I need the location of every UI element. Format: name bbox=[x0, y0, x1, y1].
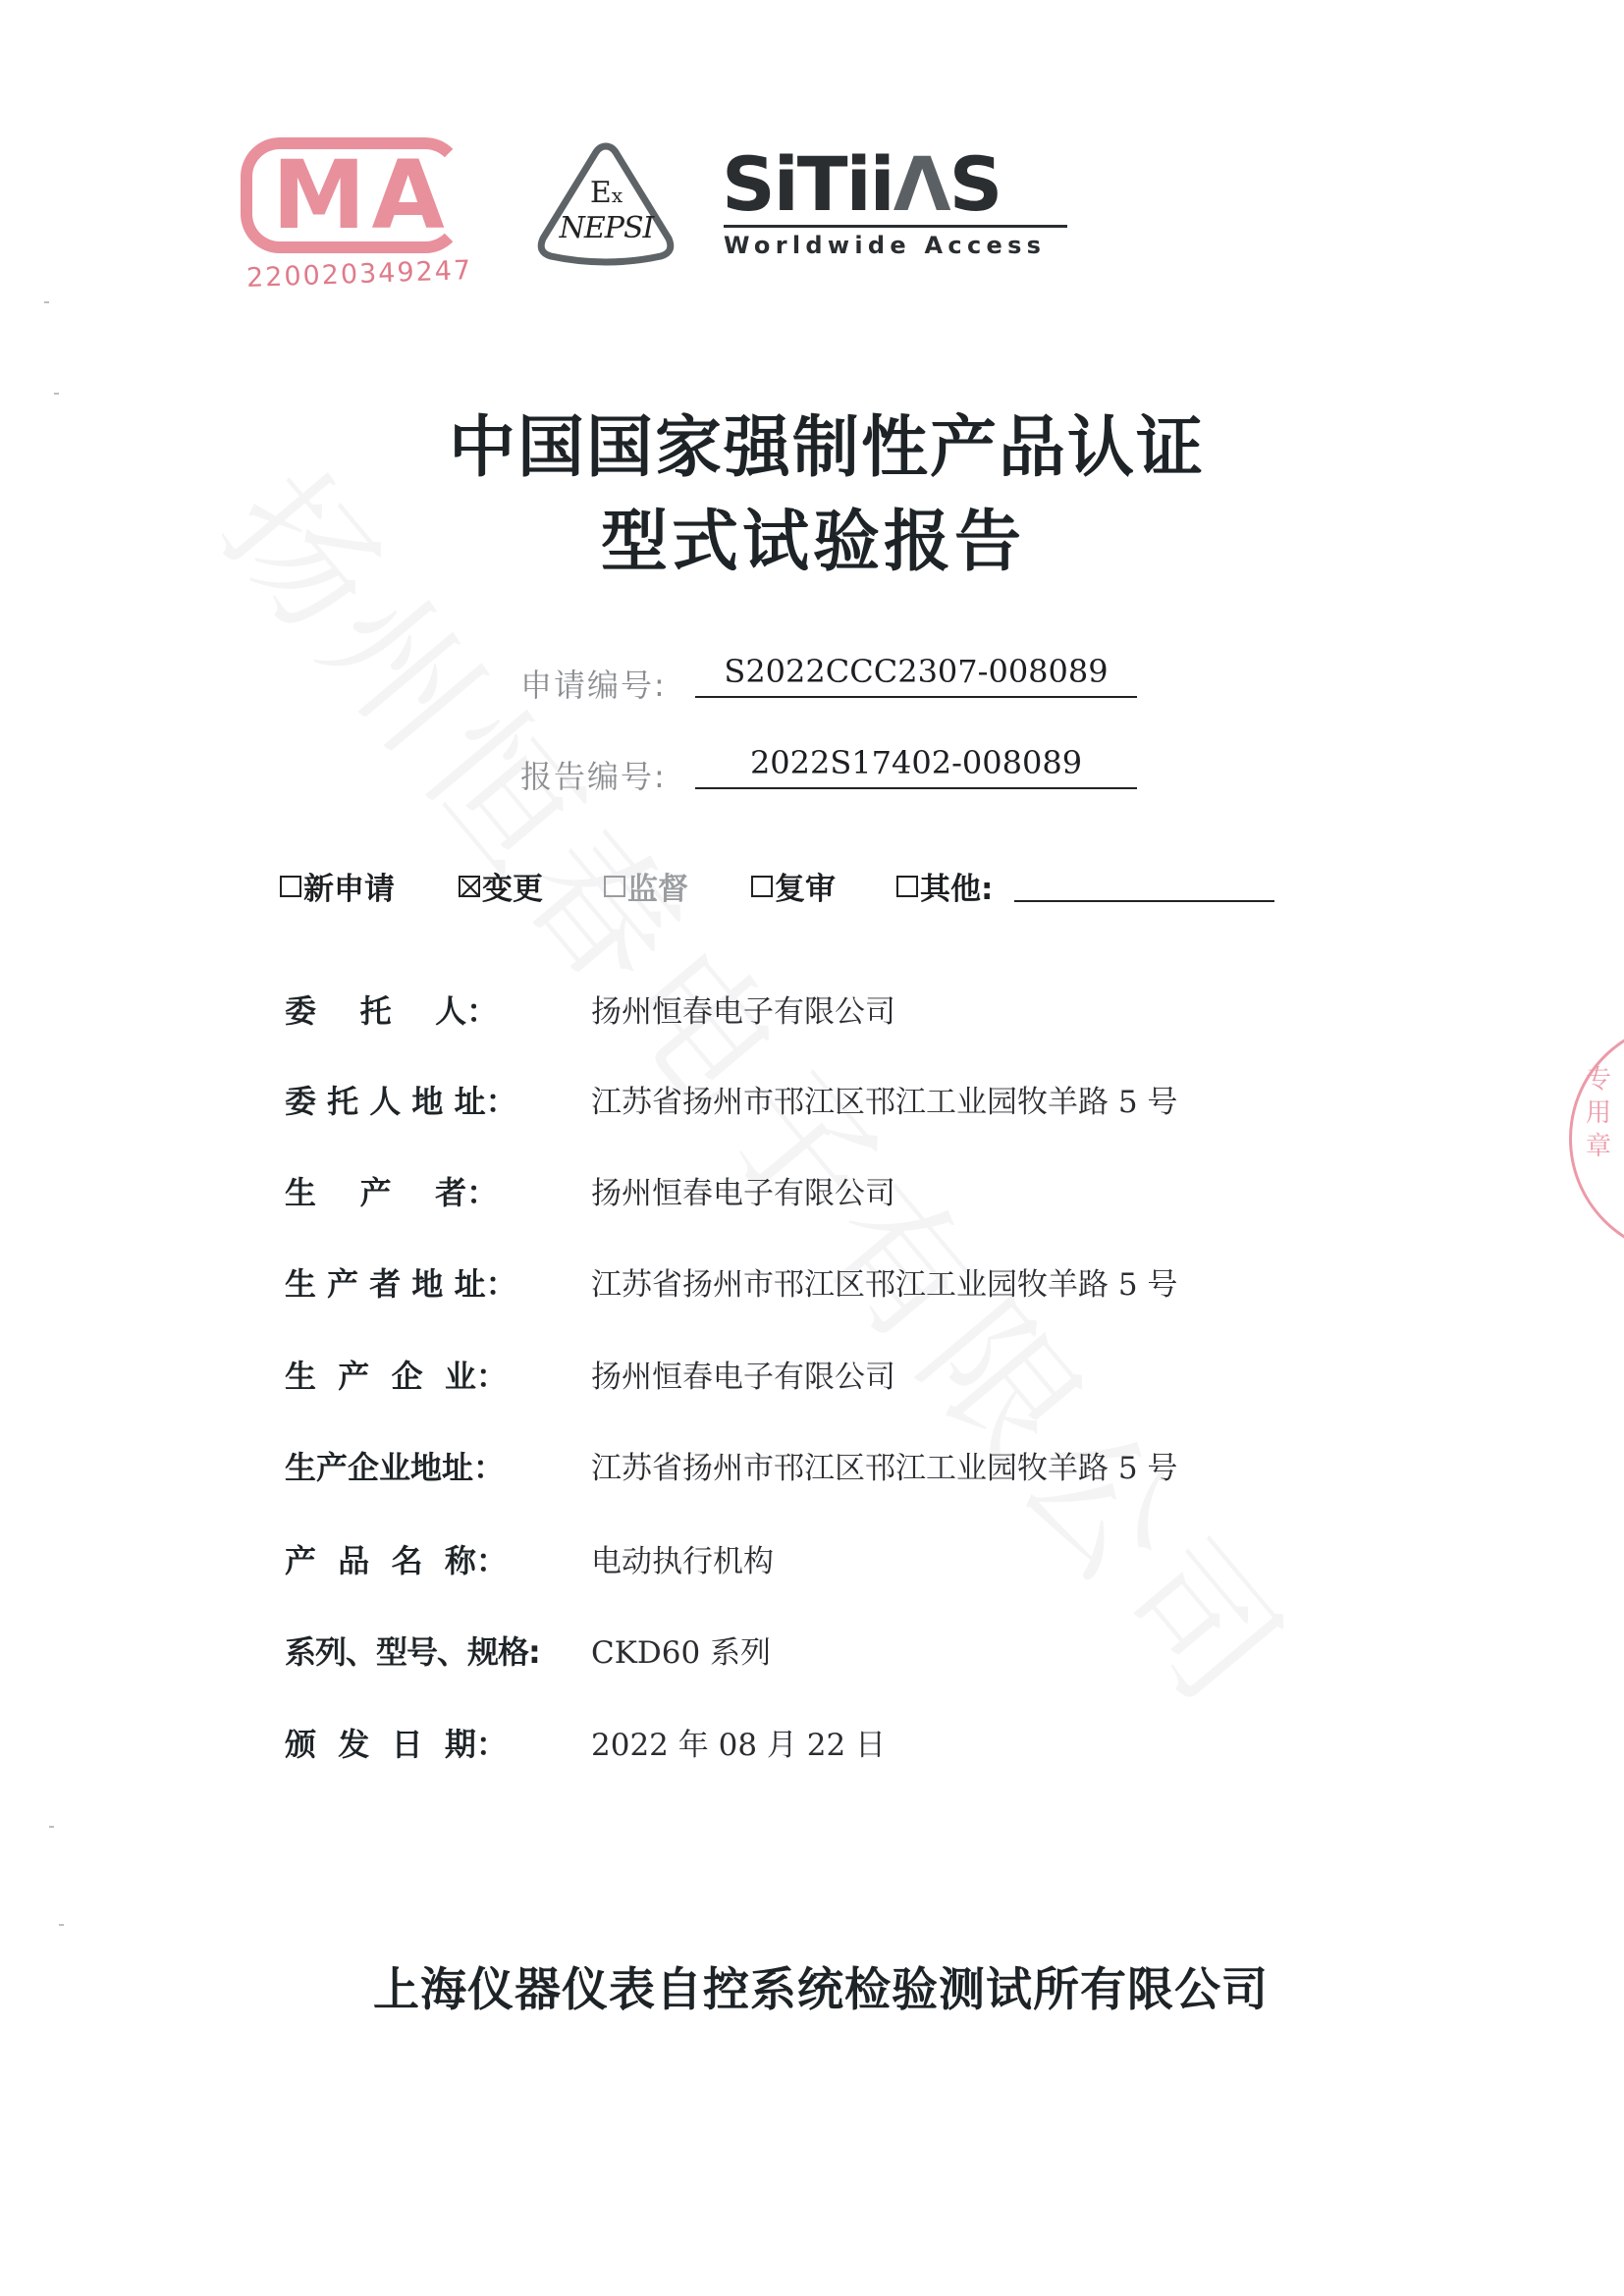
checkbox-supervision[interactable]: 监督 bbox=[604, 864, 688, 908]
checkbox-change[interactable]: 变更 bbox=[459, 864, 543, 908]
field-value: 扬州恒春电子有限公司 bbox=[591, 987, 895, 1031]
nepsi-ex-mark: Ex bbox=[535, 176, 677, 210]
scan-speck bbox=[59, 1924, 64, 1926]
checkbox-label: 新申请 bbox=[303, 864, 395, 908]
scan-speck bbox=[44, 301, 49, 303]
cma-stamp: MA 220020349247 bbox=[241, 137, 471, 294]
checkbox-unchecked-icon[interactable] bbox=[751, 876, 773, 897]
company-seal-stamp: 专用章 bbox=[1569, 1021, 1624, 1256]
checkbox-label: 其他: bbox=[920, 864, 993, 908]
field-product-name: 产 品 名 称： 电动执行机构 bbox=[285, 1536, 1365, 1585]
field-value: 扬州恒春电子有限公司 bbox=[591, 1168, 895, 1212]
field-value: 2022 年 08 月 22 日 bbox=[591, 1720, 886, 1764]
report-number-underline bbox=[695, 787, 1137, 789]
field-label: 委 托 人： bbox=[285, 987, 565, 1032]
field-value: 电动执行机构 bbox=[591, 1536, 774, 1580]
checkbox-other[interactable]: 其他: bbox=[896, 864, 1274, 908]
field-label: 生产企业地址： bbox=[285, 1443, 565, 1488]
field-label: 颁 发 日 期： bbox=[285, 1720, 565, 1765]
sitiias-tagline: Worldwide Access bbox=[724, 232, 1046, 259]
checkbox-checked-icon[interactable] bbox=[459, 876, 480, 897]
cma-stamp-number: 220020349247 bbox=[246, 255, 473, 294]
field-series-model-spec: 系列、型号、规格: CKD60 系列 bbox=[285, 1628, 1365, 1677]
sitiias-wordmark: SiTiiΛS bbox=[722, 145, 1001, 224]
checkbox-unchecked-icon[interactable] bbox=[280, 876, 301, 897]
checkbox-review[interactable]: 复审 bbox=[751, 864, 836, 908]
other-fill-line bbox=[1014, 900, 1274, 902]
field-factory-address: 生产企业地址： 江苏省扬州市邗江区邗江工业园牧羊路 5 号 bbox=[285, 1443, 1365, 1492]
field-value: 扬州恒春电子有限公司 bbox=[591, 1352, 895, 1396]
field-manufacturer-address: 生 产 者 地 址： 江苏省扬州市邗江区邗江工业园牧羊路 5 号 bbox=[285, 1259, 1365, 1308]
field-value: CKD60 系列 bbox=[591, 1628, 771, 1672]
field-label: 生 产 企 业： bbox=[285, 1352, 565, 1397]
issuing-organization: 上海仪器仪表自控系统检验测试所有限公司 bbox=[0, 1953, 1624, 2019]
checkbox-new-application[interactable]: 新申请 bbox=[280, 864, 395, 908]
checkbox-label: 监督 bbox=[627, 864, 688, 908]
checkbox-unchecked-icon[interactable] bbox=[604, 876, 625, 897]
scan-speck bbox=[54, 393, 59, 395]
field-label: 委 托 人 地 址： bbox=[285, 1077, 565, 1122]
field-factory: 生 产 企 业： 扬州恒春电子有限公司 bbox=[285, 1352, 1365, 1401]
checkbox-unchecked-icon[interactable] bbox=[896, 876, 918, 897]
field-issue-date: 颁 发 日 期： 2022 年 08 月 22 日 bbox=[285, 1720, 1365, 1769]
field-client: 委 托 人： 扬州恒春电子有限公司 bbox=[285, 987, 1365, 1036]
sitiias-logo: SiTiiΛS Worldwide Access bbox=[722, 137, 1075, 265]
report-number-label: 报告编号: bbox=[520, 752, 667, 797]
checkbox-label: 复审 bbox=[775, 864, 836, 908]
document-title: 中国国家强制性产品认证 bbox=[0, 395, 1624, 490]
field-value: 江苏省扬州市邗江区邗江工业园牧羊路 5 号 bbox=[591, 1443, 1177, 1487]
seal-text: 专用章 bbox=[1586, 1063, 1615, 1163]
field-label: 生 产 者 地 址： bbox=[285, 1259, 565, 1305]
field-client-address: 委 托 人 地 址： 江苏省扬州市邗江区邗江工业园牧羊路 5 号 bbox=[285, 1077, 1365, 1126]
field-value: 江苏省扬州市邗江区邗江工业园牧羊路 5 号 bbox=[591, 1077, 1177, 1121]
field-value: 江苏省扬州市邗江区邗江工业园牧羊路 5 号 bbox=[591, 1259, 1177, 1304]
checkbox-label: 变更 bbox=[482, 864, 543, 908]
cma-stamp-letters: MA bbox=[272, 141, 451, 249]
application-number-underline bbox=[695, 696, 1137, 698]
application-number-label: 申请编号: bbox=[520, 661, 667, 706]
field-label: 生 产 者： bbox=[285, 1168, 565, 1213]
field-label: 系列、型号、规格: bbox=[285, 1628, 565, 1673]
document-subtitle: 型式试验报告 bbox=[0, 489, 1624, 584]
nepsi-name: NEPSI bbox=[535, 211, 677, 245]
application-number-value: S2022CCC2307-008089 bbox=[695, 653, 1137, 690]
application-type-checkboxes: 新申请 变更 监督 复审 其他: bbox=[280, 864, 1311, 913]
field-manufacturer: 生 产 者： 扬州恒春电子有限公司 bbox=[285, 1168, 1365, 1217]
report-number-value: 2022S17402-008089 bbox=[695, 744, 1137, 781]
nepsi-logo: Ex NEPSI bbox=[535, 140, 677, 268]
scan-speck bbox=[49, 1826, 54, 1828]
sitiias-divider bbox=[724, 225, 1067, 228]
field-label: 产 品 名 称： bbox=[285, 1536, 565, 1581]
